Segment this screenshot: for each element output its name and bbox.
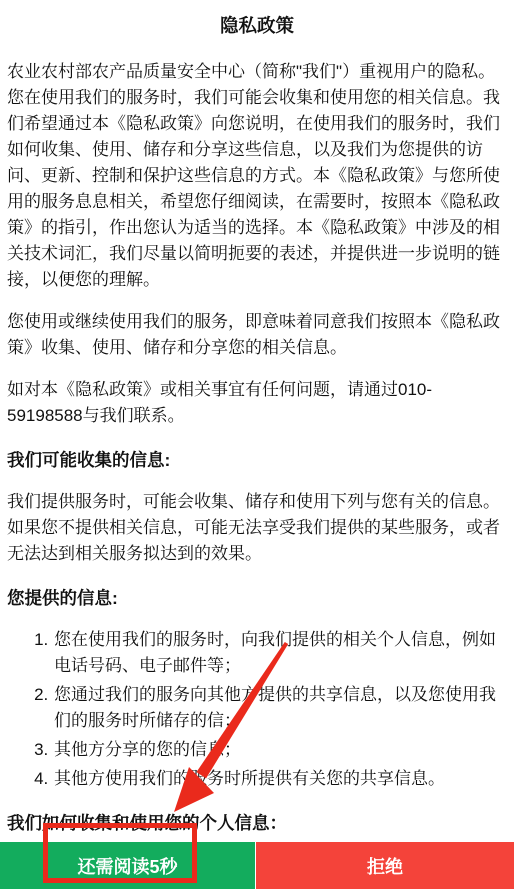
section-paragraph-collected-info: 我们提供服务时，可能会收集、储存和使用下列与您有关的信息。如果您不提供相关信息，… [7,489,507,567]
consent-button-bar: 还需阅读5秒 拒绝 [0,842,514,889]
countdown-read-button[interactable]: 还需阅读5秒 [0,842,255,889]
intro-paragraph-2: 您使用或继续使用我们的服务，即意味着同意我们按照本《隐私政策》收集、使用、储存和… [7,309,507,361]
list-item: 您通过我们的服务向其他方提供的共享信息，以及您使用我们的服务时所储存的信； [53,682,507,734]
intro-paragraph-1: 农业农村部农产品质量安全中心（简称"我们"）重视用户的隐私。您在使用我们的服务时… [7,59,507,293]
page-title: 隐私政策 [7,14,507,37]
section-heading-provided-info: 您提供的信息: [7,585,507,611]
intro-paragraph-3: 如对本《隐私政策》或相关事宜有任何问题，请通过010-59198588与我们联系… [7,377,507,429]
list-item: 其他方分享的您的信息； [53,737,507,763]
privacy-policy-page: 隐私政策 农业农村部农产品质量安全中心（简称"我们"）重视用户的隐私。您在使用我… [0,14,514,836]
section-heading-collected-info: 我们可能收集的信息: [7,447,507,473]
list-item: 其他方使用我们的服务时所提供有关您的共享信息。 [53,766,507,792]
reject-button[interactable]: 拒绝 [256,842,514,889]
section-heading-how-we-use: 我们如何收集和使用您的个人信息： [7,810,507,836]
list-item: 您在使用我们的服务时，向我们提供的相关个人信息，例如电话号码、电子邮件等； [53,627,507,679]
provided-info-list: 您在使用我们的服务时，向我们提供的相关个人信息，例如电话号码、电子邮件等； 您通… [7,627,507,792]
